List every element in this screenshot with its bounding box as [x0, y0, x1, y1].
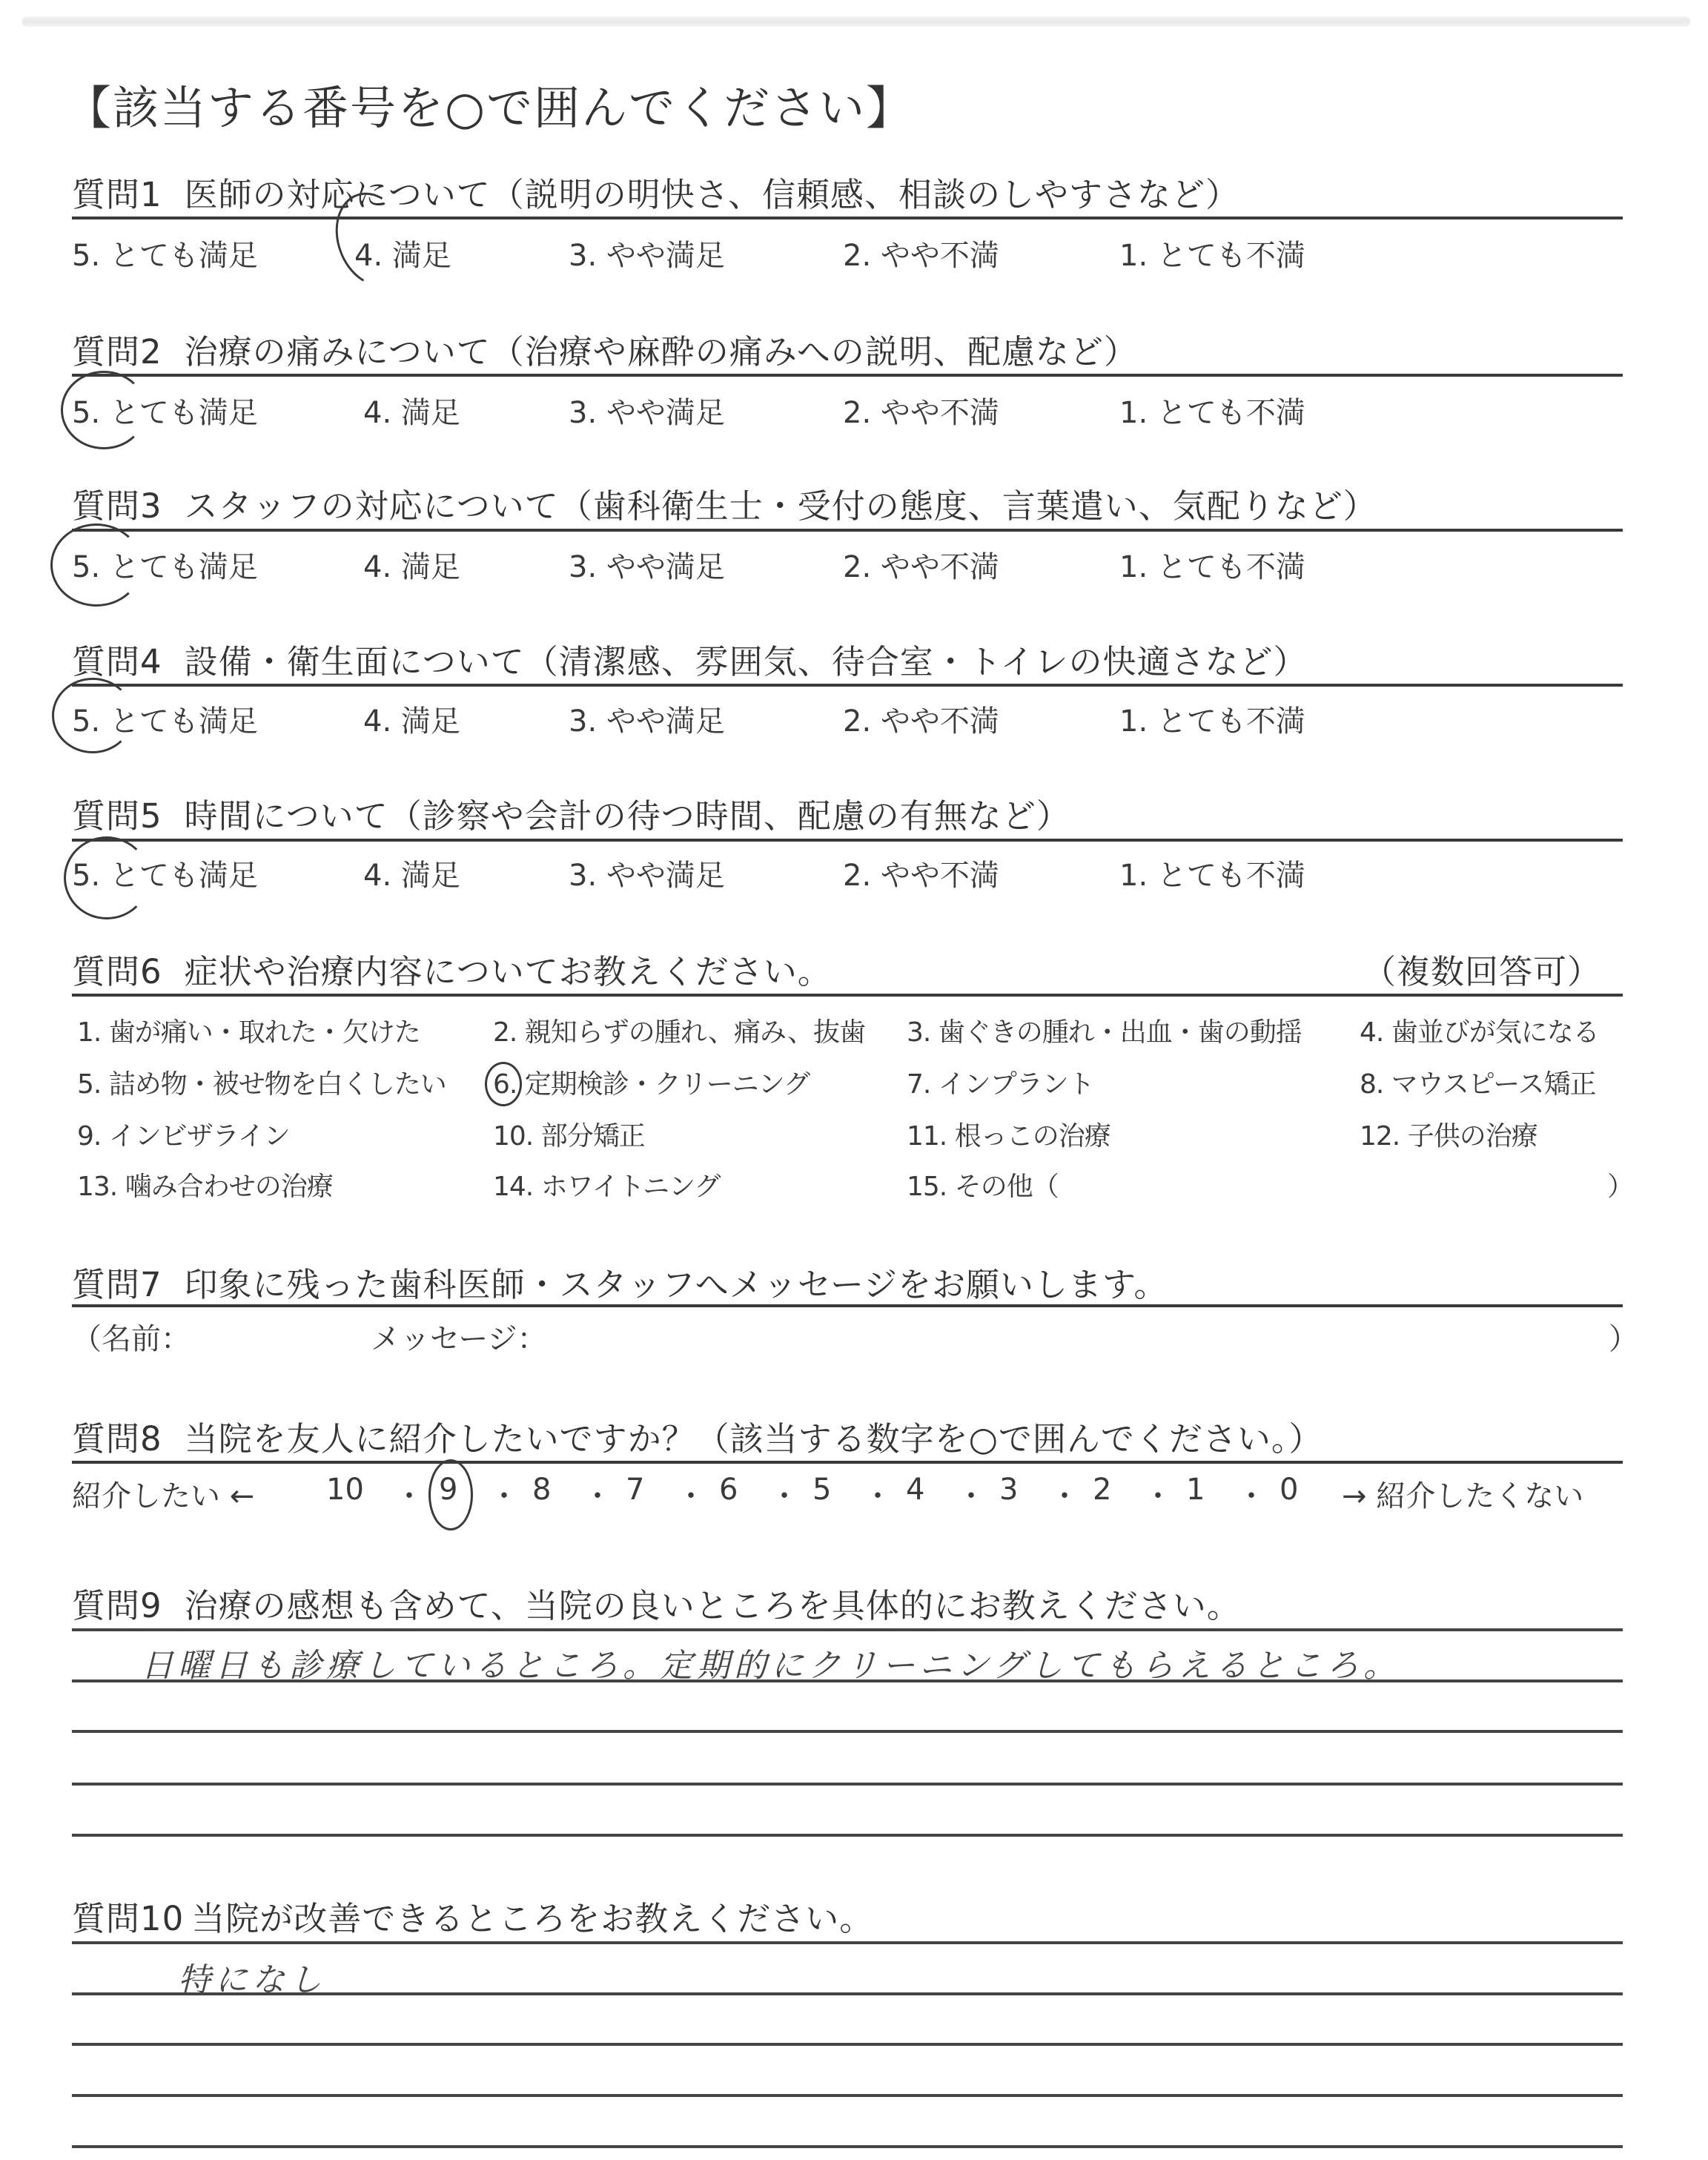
- q6-other-close-paren: ）: [1607, 1166, 1633, 1203]
- q4-option-3[interactable]: 3. やや満足: [569, 698, 725, 740]
- question-6-number: 質問6: [72, 952, 162, 991]
- q4-selection-circle: [52, 678, 133, 753]
- q6-option-3[interactable]: 3. 歯ぐきの腫れ・出血・歯の動揺: [907, 1011, 1302, 1049]
- question-5-text: 時間について（診察や会計の待つ時間、配慮の有無など）: [185, 796, 1070, 836]
- question-4-rule: [72, 684, 1623, 687]
- q9-answer-line: [72, 1730, 1623, 1733]
- q5-option-2[interactable]: 2. やや不満: [843, 852, 999, 894]
- q3-option-3[interactable]: 3. やや満足: [569, 544, 725, 586]
- q8-score-5[interactable]: 5: [812, 1473, 831, 1507]
- q8-score-3[interactable]: 3: [999, 1473, 1018, 1507]
- q5-option-1[interactable]: 1. とても不満: [1119, 852, 1305, 894]
- q5-option-4[interactable]: 4. 満足: [363, 852, 460, 894]
- q10-answer-line: [72, 1992, 1623, 1995]
- question-8-rule: [72, 1461, 1623, 1464]
- q8-separator: ・: [863, 1473, 893, 1515]
- q6-option-10[interactable]: 10. 部分矯正: [493, 1115, 645, 1153]
- q8-separator: ・: [1237, 1473, 1266, 1515]
- q7-name-field[interactable]: [185, 1315, 356, 1348]
- question-9-heading: 質問9治療の感想も含めて、当院の良いところを具体的にお教えください。: [72, 1579, 1241, 1627]
- q8-selection-circle: [428, 1459, 473, 1530]
- q6-option-13[interactable]: 13. 噛み合わせの治療: [77, 1166, 333, 1203]
- question-2-heading: 質問2治療の痛みについて（治療や麻酔の痛みへの説明、配慮など）: [72, 325, 1138, 373]
- question-6-multiple-note: （複数回答可）: [1363, 945, 1601, 993]
- q2-option-2[interactable]: 2. やや不満: [843, 389, 999, 432]
- question-1-heading: 質問1医師の対応について（説明の明快さ、信頼感、相談のしやすさなど）: [72, 168, 1239, 216]
- q8-score-2[interactable]: 2: [1093, 1473, 1111, 1507]
- question-1-rule: [72, 217, 1623, 219]
- q9-answer-line: [72, 1680, 1623, 1682]
- q9-answer-line: [72, 1834, 1623, 1837]
- scan-top-edge: [22, 16, 1690, 27]
- question-5-number: 質問5: [72, 796, 162, 836]
- q8-separator: ・: [583, 1473, 612, 1515]
- question-6-rule: [72, 994, 1623, 997]
- q5-selection-circle: [64, 836, 150, 919]
- question-8-text: 当院を友人に紹介したいですか？（該当する数字を○で囲んでください。）: [185, 1419, 1323, 1459]
- question-10-number: 質問10: [72, 1899, 184, 1938]
- q3-selection-circle: [50, 524, 142, 607]
- question-3-heading: 質問3スタッフの対応について（歯科衛生士・受付の態度、言葉遣い、気配りなど）: [72, 479, 1377, 527]
- q9-answer-line: [72, 1628, 1623, 1631]
- q8-left-label: 紹介したい ←: [72, 1473, 254, 1515]
- q6-option-15[interactable]: 15. その他（: [907, 1166, 1059, 1203]
- q6-option-6[interactable]: 6. 定期検診・クリーニング: [493, 1063, 810, 1101]
- q6-option-2[interactable]: 2. 親知らずの腫れ、痛み、抜歯: [493, 1011, 865, 1049]
- q8-separator: ・: [1050, 1473, 1079, 1515]
- q8-separator: ・: [1143, 1473, 1173, 1515]
- q6-option-12[interactable]: 12. 子供の治療: [1360, 1115, 1537, 1153]
- q8-score-4[interactable]: 4: [906, 1473, 924, 1507]
- q8-separator: ・: [956, 1473, 986, 1515]
- q2-option-1[interactable]: 1. とても不満: [1119, 389, 1305, 432]
- q7-message-label: メッセージ：: [371, 1315, 547, 1358]
- q6-option-5[interactable]: 5. 詰め物・被せ物を白くしたい: [77, 1063, 446, 1101]
- q6-option-11[interactable]: 11. 根っこの治療: [907, 1115, 1110, 1153]
- question-1-number: 質問1: [72, 175, 162, 214]
- question-3-number: 質問3: [72, 486, 162, 526]
- question-5-rule: [72, 839, 1623, 842]
- q1-option-3[interactable]: 3. やや満足: [569, 232, 725, 274]
- q8-score-8[interactable]: 8: [532, 1473, 551, 1507]
- question-9-number: 質問9: [72, 1586, 162, 1625]
- question-10-heading: 質問10当院が改善できるところをお教えください。: [72, 1892, 873, 1940]
- question-4-number: 質問4: [72, 642, 162, 681]
- q8-separator: ・: [394, 1473, 424, 1515]
- q1-option-5[interactable]: 5. とても満足: [72, 232, 258, 274]
- q8-score-10[interactable]: 10: [326, 1473, 364, 1507]
- question-7-text: 印象に残った歯科医師・スタッフへメッセージをお願いします。: [185, 1265, 1168, 1304]
- q8-separator: ・: [489, 1473, 519, 1515]
- q5-option-3[interactable]: 3. やや満足: [569, 852, 725, 894]
- question-3-text: スタッフの対応について（歯科衛生士・受付の態度、言葉遣い、気配りなど）: [185, 486, 1377, 526]
- q2-option-3[interactable]: 3. やや満足: [569, 389, 725, 432]
- question-8-heading: 質問8当院を友人に紹介したいですか？（該当する数字を○で囲んでください。）: [72, 1412, 1323, 1460]
- question-4-text: 設備・衛生面について（清潔感、雰囲気、待合室・トイレの快適さなど）: [185, 642, 1308, 681]
- question-7-number: 質問7: [72, 1265, 162, 1304]
- q1-option-1[interactable]: 1. とても不満: [1119, 232, 1305, 274]
- q10-answer-line: [72, 2094, 1623, 2097]
- q6-selection-circle: [485, 1062, 522, 1106]
- q6-option-7[interactable]: 7. インプラント: [907, 1063, 1094, 1101]
- q8-separator: ・: [676, 1473, 706, 1515]
- q8-score-7[interactable]: 7: [626, 1473, 644, 1507]
- q4-option-4[interactable]: 4. 満足: [363, 698, 460, 740]
- q8-score-1[interactable]: 1: [1186, 1473, 1205, 1507]
- q1-option-2[interactable]: 2. やや不満: [843, 232, 999, 274]
- q8-score-6[interactable]: 6: [719, 1473, 738, 1507]
- question-7-rule: [72, 1304, 1623, 1307]
- q8-separator: ・: [769, 1473, 799, 1515]
- question-4-heading: 質問4設備・衛生面について（清潔感、雰囲気、待合室・トイレの快適さなど）: [72, 635, 1308, 683]
- question-2-text: 治療の痛みについて（治療や麻酔の痛みへの説明、配慮など）: [185, 332, 1138, 371]
- question-7-heading: 質問7印象に残った歯科医師・スタッフへメッセージをお願いします。: [72, 1258, 1168, 1306]
- q7-name-label: （名前：: [72, 1315, 191, 1358]
- q3-option-2[interactable]: 2. やや不満: [843, 544, 999, 586]
- page-title: 【該当する番号を○で囲んでください】: [65, 71, 913, 137]
- q6-option-1[interactable]: 1. 歯が痛い・取れた・欠けた: [77, 1011, 420, 1049]
- q3-option-4[interactable]: 4. 満足: [363, 544, 460, 586]
- question-2-rule: [72, 374, 1623, 377]
- question-2-number: 質問2: [72, 332, 162, 371]
- q6-option-9[interactable]: 9. インビザライン: [77, 1115, 290, 1153]
- question-10-text: 当院が改善できるところをお教えください。: [191, 1899, 873, 1938]
- q4-option-2[interactable]: 2. やや不満: [843, 698, 999, 740]
- question-3-rule: [72, 529, 1623, 532]
- q9-answer-line: [72, 1783, 1623, 1786]
- q10-answer-line: [72, 2145, 1623, 2148]
- q7-message-field[interactable]: [563, 1315, 1586, 1348]
- q6-option-14[interactable]: 14. ホワイトニング: [493, 1166, 720, 1203]
- q8-score-0[interactable]: 0: [1280, 1473, 1298, 1507]
- question-8-number: 質問8: [72, 1419, 162, 1459]
- q6-option-4[interactable]: 4. 歯並びが気になる: [1360, 1011, 1599, 1049]
- q4-option-1[interactable]: 1. とても不満: [1119, 698, 1305, 740]
- q10-answer-line: [72, 1941, 1623, 1944]
- q6-option-8[interactable]: 8. マウスピース矯正: [1360, 1063, 1595, 1101]
- question-6-heading: 質問6症状や治療内容についてお教えください。: [72, 945, 832, 993]
- question-5-heading: 質問5時間について（診察や会計の待つ時間、配慮の有無など）: [72, 789, 1070, 837]
- q3-option-1[interactable]: 1. とても不満: [1119, 544, 1305, 586]
- q2-selection-circle: [61, 371, 147, 449]
- q2-option-4[interactable]: 4. 満足: [363, 389, 460, 432]
- q8-right-label: → 紹介したくない: [1342, 1473, 1583, 1515]
- q10-answer-line: [72, 2043, 1623, 2046]
- question-9-text: 治療の感想も含めて、当院の良いところを具体的にお教えください。: [185, 1586, 1241, 1625]
- question-6-text: 症状や治療内容についてお教えください。: [185, 952, 832, 991]
- q7-close-paren: ）: [1609, 1315, 1638, 1358]
